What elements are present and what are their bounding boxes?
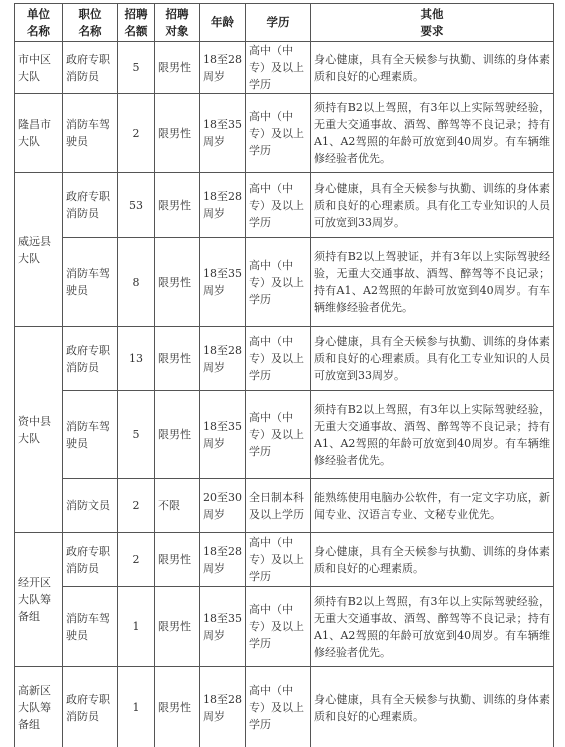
requirement-cell: 能熟练使用电脑办公软件，有一定文字功底，新闻专业、汉语言专业、文秘专业优先。 [311, 479, 554, 533]
requirement-cell: 身心健康，具有全天候参与执勤、训练的身体素质和良好的心理素质。具有化工专业知识的… [311, 173, 554, 238]
target-cell: 限男性 [155, 173, 200, 238]
quota-cell: 1 [118, 667, 155, 747]
position-cell: 政府专职消防员 [63, 327, 118, 391]
header-education: 学历 [246, 4, 311, 42]
target-cell: 限男性 [155, 327, 200, 391]
age-cell: 18至35周岁 [200, 587, 246, 667]
table-row: 消防车驾驶员 5 限男性 18至35周岁 高中（中专）及以上学历 须持有B2以上… [15, 391, 554, 479]
requirement-cell: 须持有B2以上驾照，有3年以上实际驾驶经验，无重大交通事故、酒驾、醉驾等不良记录… [311, 587, 554, 667]
age-cell: 18至35周岁 [200, 391, 246, 479]
header-quota: 招聘名额 [118, 4, 155, 42]
age-cell: 18至28周岁 [200, 533, 246, 587]
unit-cell: 资中县大队 [15, 327, 63, 533]
unit-cell: 经开区大队筹备组 [15, 533, 63, 667]
quota-cell: 2 [118, 479, 155, 533]
header-text: 名额 [121, 23, 151, 40]
header-target: 招聘对象 [155, 4, 200, 42]
table-row: 经开区大队筹备组 政府专职消防员 2 限男性 18至28周岁 高中（中专）及以上… [15, 533, 554, 587]
target-cell: 限男性 [155, 238, 200, 327]
education-cell: 全日制本科及以上学历 [246, 479, 311, 533]
header-text: 对象 [158, 23, 196, 40]
header-text: 招聘 [158, 6, 196, 23]
age-cell: 18至28周岁 [200, 173, 246, 238]
quota-cell: 5 [118, 42, 155, 94]
header-text: 要求 [314, 23, 550, 40]
requirement-cell: 身心健康，具有全天候参与执勤、训练的身体素质和良好的心理素质。 [311, 667, 554, 747]
table-row: 隆昌市大队 消防车驾驶员 2 限男性 18至35周岁 高中（中专）及以上学历 须… [15, 94, 554, 173]
table-row: 高新区大队筹备组 政府专职消防员 1 限男性 18至28周岁 高中（中专）及以上… [15, 667, 554, 747]
position-cell: 消防车驾驶员 [63, 94, 118, 173]
education-cell: 高中（中专）及以上学历 [246, 173, 311, 238]
education-cell: 高中（中专）及以上学历 [246, 238, 311, 327]
education-cell: 高中（中专）及以上学历 [246, 667, 311, 747]
header-age: 年龄 [200, 4, 246, 42]
position-cell: 消防车驾驶员 [63, 238, 118, 327]
age-cell: 18至35周岁 [200, 94, 246, 173]
target-cell: 限男性 [155, 667, 200, 747]
target-cell: 不限 [155, 479, 200, 533]
table-row: 消防车驾驶员 1 限男性 18至35周岁 高中（中专）及以上学历 须持有B2以上… [15, 587, 554, 667]
target-cell: 限男性 [155, 391, 200, 479]
requirement-cell: 须持有B2以上驾照，有3年以上实际驾驶经验，无重大交通事故、酒驾、醉驾等不良记录… [311, 391, 554, 479]
header-text: 名称 [66, 23, 114, 40]
header-text: 学历 [267, 15, 290, 29]
header-text: 其他 [314, 6, 550, 23]
header-text: 招聘 [121, 6, 151, 23]
quota-cell: 1 [118, 587, 155, 667]
education-cell: 高中（中专）及以上学历 [246, 587, 311, 667]
target-cell: 限男性 [155, 533, 200, 587]
header-text: 年龄 [211, 15, 234, 29]
position-cell: 政府专职消防员 [63, 42, 118, 94]
unit-cell: 威远县大队 [15, 173, 63, 327]
education-cell: 高中（中专）及以上学历 [246, 94, 311, 173]
education-cell: 高中（中专）及以上学历 [246, 327, 311, 391]
education-cell: 高中（中专）及以上学历 [246, 533, 311, 587]
quota-cell: 13 [118, 327, 155, 391]
age-cell: 18至28周岁 [200, 667, 246, 747]
position-cell: 政府专职消防员 [63, 533, 118, 587]
recruitment-table: 单位名称 职位名称 招聘名额 招聘对象 年龄 学历 其他要求 市中区大队 政府专… [14, 3, 554, 747]
quota-cell: 2 [118, 94, 155, 173]
requirement-cell: 须持有B2以上驾照，有3年以上实际驾驶经验，无重大交通事故、酒驾、醉驾等不良记录… [311, 94, 554, 173]
age-cell: 18至28周岁 [200, 327, 246, 391]
age-cell: 20至30周岁 [200, 479, 246, 533]
table-row: 消防车驾驶员 8 限男性 18至35周岁 高中（中专）及以上学历 须持有B2以上… [15, 238, 554, 327]
requirement-cell: 身心健康，具有全天候参与执勤、训练的身体素质和良好的心理素质。具有化工专业知识的… [311, 327, 554, 391]
table-row: 市中区大队 政府专职消防员 5 限男性 18至28周岁 高中（中专）及以上学历 … [15, 42, 554, 94]
position-cell: 消防车驾驶员 [63, 587, 118, 667]
header-position: 职位名称 [63, 4, 118, 42]
header-unit: 单位名称 [15, 4, 63, 42]
table-row: 资中县大队 政府专职消防员 13 限男性 18至28周岁 高中（中专）及以上学历… [15, 327, 554, 391]
education-cell: 高中（中专）及以上学历 [246, 391, 311, 479]
table-row: 威远县大队 政府专职消防员 53 限男性 18至28周岁 高中（中专）及以上学历… [15, 173, 554, 238]
quota-cell: 8 [118, 238, 155, 327]
education-cell: 高中（中专）及以上学历 [246, 42, 311, 94]
age-cell: 18至35周岁 [200, 238, 246, 327]
requirement-cell: 须持有B2以上驾驶证，并有3年以上实际驾驶经验，无重大交通事故、酒驾、醉驾等不良… [311, 238, 554, 327]
requirement-cell: 身心健康，具有全天候参与执勤、训练的身体素质和良好的心理素质。 [311, 533, 554, 587]
position-cell: 消防车驾驶员 [63, 391, 118, 479]
age-cell: 18至28周岁 [200, 42, 246, 94]
unit-cell: 市中区大队 [15, 42, 63, 94]
target-cell: 限男性 [155, 587, 200, 667]
unit-cell: 高新区大队筹备组 [15, 667, 63, 747]
header-text: 职位 [66, 6, 114, 23]
target-cell: 限男性 [155, 42, 200, 94]
quota-cell: 2 [118, 533, 155, 587]
position-cell: 政府专职消防员 [63, 667, 118, 747]
position-cell: 政府专职消防员 [63, 173, 118, 238]
header-requirement: 其他要求 [311, 4, 554, 42]
quota-cell: 5 [118, 391, 155, 479]
header-row: 单位名称 职位名称 招聘名额 招聘对象 年龄 学历 其他要求 [15, 4, 554, 42]
requirement-cell: 身心健康，具有全天候参与执勤、训练的身体素质和良好的心理素质。 [311, 42, 554, 94]
header-text: 单位 [18, 6, 59, 23]
target-cell: 限男性 [155, 94, 200, 173]
header-text: 名称 [18, 23, 59, 40]
quota-cell: 53 [118, 173, 155, 238]
unit-cell: 隆昌市大队 [15, 94, 63, 173]
position-cell: 消防文员 [63, 479, 118, 533]
table-row: 消防文员 2 不限 20至30周岁 全日制本科及以上学历 能熟练使用电脑办公软件… [15, 479, 554, 533]
